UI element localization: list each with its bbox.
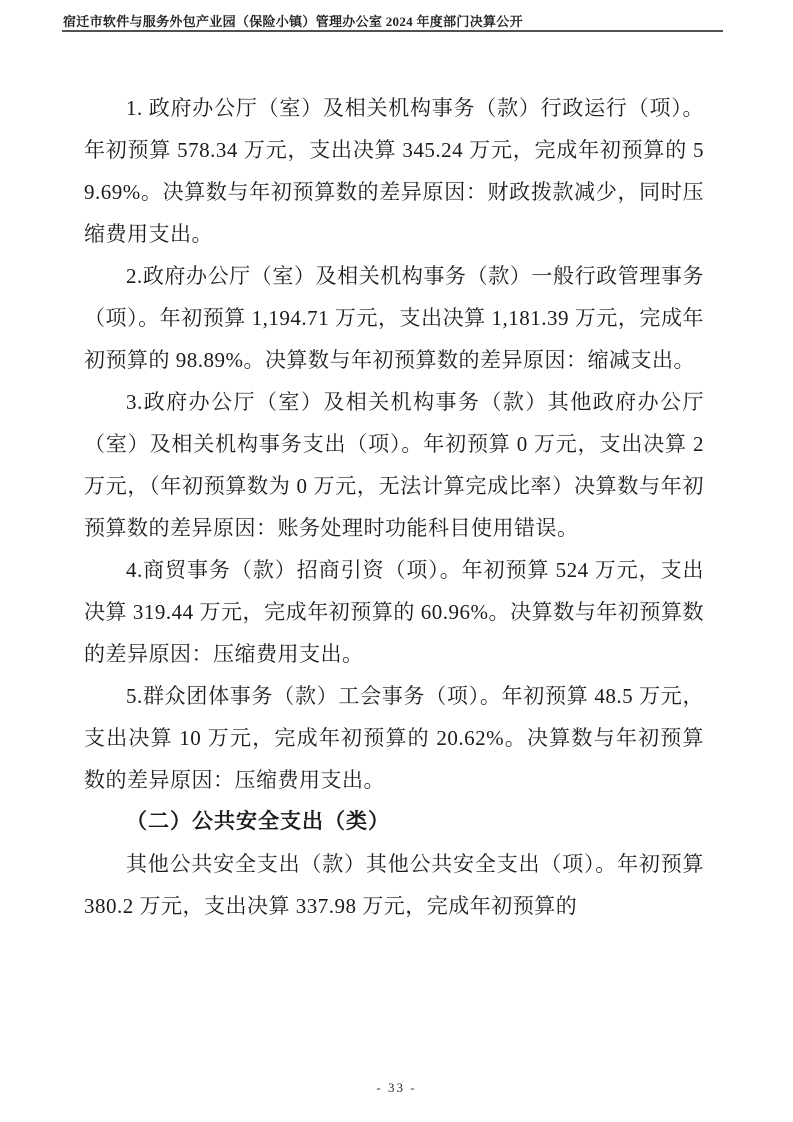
paragraph-item-1: 1. 政府办公厅（室）及相关机构事务（款）行政运行（项）。年初预算 578.34… [84,87,704,255]
paragraph-other-public-safety: 其他公共安全支出（款）其他公共安全支出（项）。年初预算 380.2 万元，支出决… [84,843,704,927]
page-number: - 33 - [0,1080,793,1096]
header-divider-rule [62,30,723,32]
page-header-title: 宿迁市软件与服务外包产业园（保险小镇）管理办公室 2024 年度部门决算公开 [63,11,723,30]
paragraph-item-5: 5.群众团体事务（款）工会事务（项）。年初预算 48.5 万元，支出决算 10 … [84,675,704,801]
paragraph-item-3: 3.政府办公厅（室）及相关机构事务（款）其他政府办公厅（室）及相关机构事务支出（… [84,381,704,549]
paragraph-item-2: 2.政府办公厅（室）及相关机构事务（款）一般行政管理事务（项）。年初预算 1,1… [84,255,704,381]
section-heading-public-safety: （二）公共安全支出（类） [84,801,704,843]
document-page: 宿迁市软件与服务外包产业园（保险小镇）管理办公室 2024 年度部门决算公开 1… [0,0,793,1122]
paragraph-item-4: 4.商贸事务（款）招商引资（项）。年初预算 524 万元，支出决算 319.44… [84,549,704,675]
document-body: 1. 政府办公厅（室）及相关机构事务（款）行政运行（项）。年初预算 578.34… [84,87,704,927]
